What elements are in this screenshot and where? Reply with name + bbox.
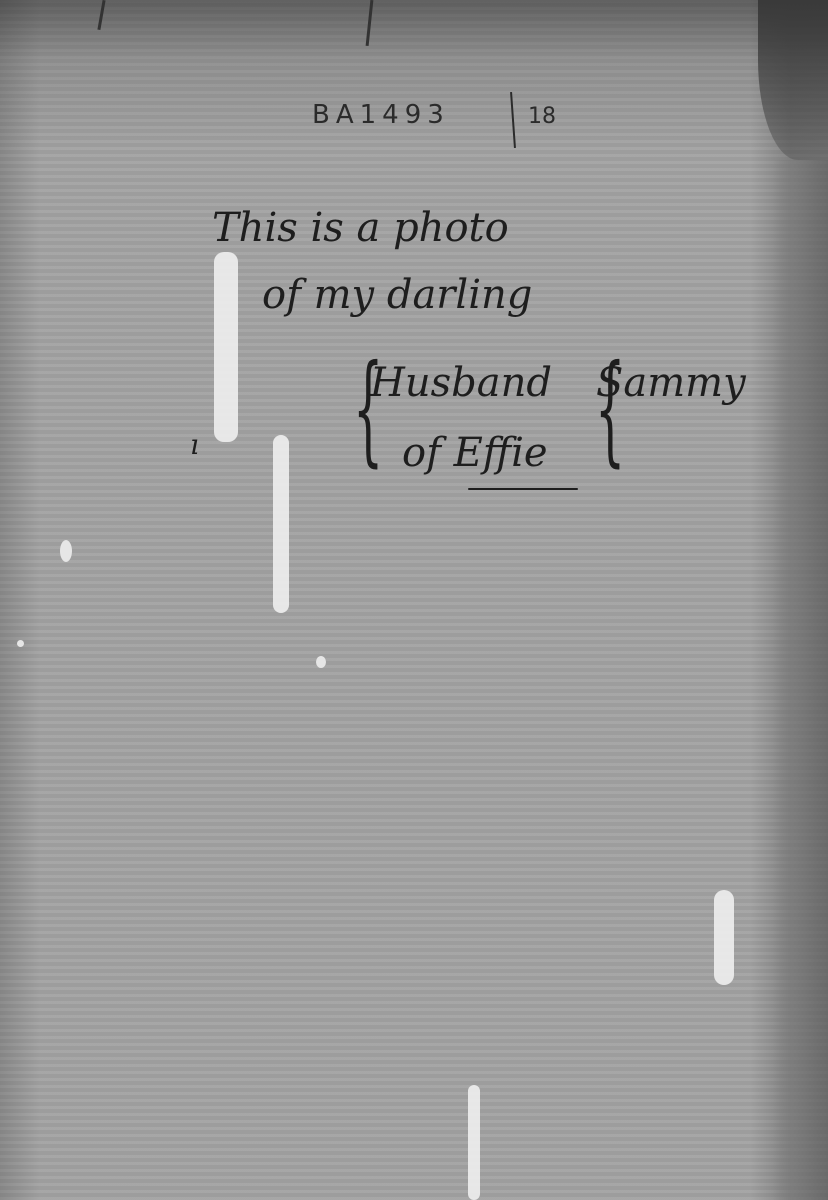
white-stain	[273, 435, 289, 613]
underline-effie	[468, 488, 578, 490]
inscription-line-3: Husband	[370, 360, 552, 406]
white-spot	[316, 656, 326, 668]
white-spot	[17, 640, 24, 647]
worn-right-edge	[773, 160, 828, 1200]
catalog-number: BA1493	[312, 100, 450, 130]
white-spot	[60, 540, 72, 562]
inscription-line-1: This is a photo	[212, 205, 509, 251]
inscription-line-4: of Effie	[402, 430, 548, 476]
inscription-name: Sammy	[596, 360, 746, 406]
catalog-page-number: 18	[528, 104, 556, 129]
stray-mark: ı	[190, 428, 199, 461]
inscription-line-2: of my darling	[262, 272, 532, 318]
white-stain	[468, 1085, 480, 1200]
white-stain	[214, 252, 238, 442]
photo-back-paper	[0, 0, 828, 1200]
white-stain	[714, 890, 734, 985]
